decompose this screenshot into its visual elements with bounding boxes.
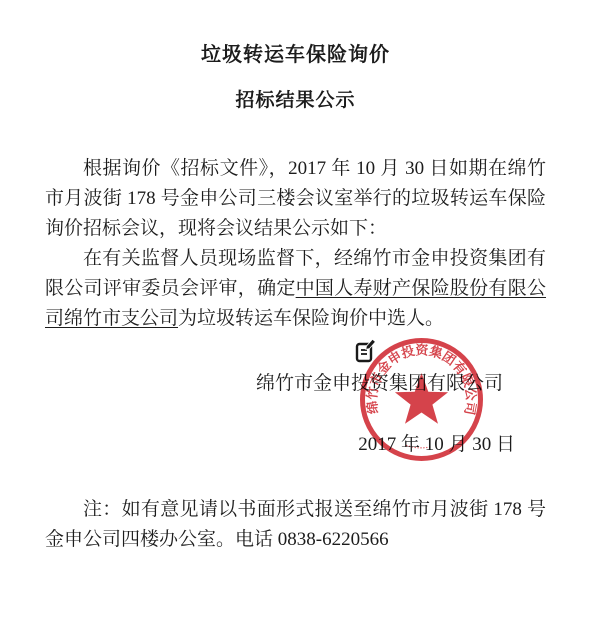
document-title: 垃圾转运车保险询价: [0, 44, 591, 66]
seal-star-icon: [395, 373, 448, 424]
paragraph-meeting-info: 根据询价《招标文件》，2017 年 10 月 30 日如期在绵竹市月波街 178…: [45, 154, 546, 244]
paragraph-result: 在有关监督人员现场监督下，经绵竹市金申投资集团有限公司评审委员会评审，确定中国人…: [45, 244, 546, 334]
document-body: 根据询价《招标文件》，2017 年 10 月 30 日如期在绵竹市月波街 178…: [45, 154, 546, 334]
memo-pencil-icon: [354, 337, 378, 364]
document-subtitle: 招标结果公示: [0, 90, 591, 111]
announcement-document: 垃圾转运车保险询价 招标结果公示 根据询价《招标文件》，2017 年 10 月 …: [0, 0, 591, 624]
seal-serial-path: • • • • • • • • •: [405, 444, 432, 452]
result-tail-text: 为垃圾转运车保险询价中选人。: [178, 308, 444, 329]
footer-note: 注：如有意见请以书面形式报送至绵竹市月波街 178 号金申公司四楼办公室。电话 …: [45, 495, 546, 555]
seal-serial-marks: • • • • • • • • •: [405, 444, 432, 452]
